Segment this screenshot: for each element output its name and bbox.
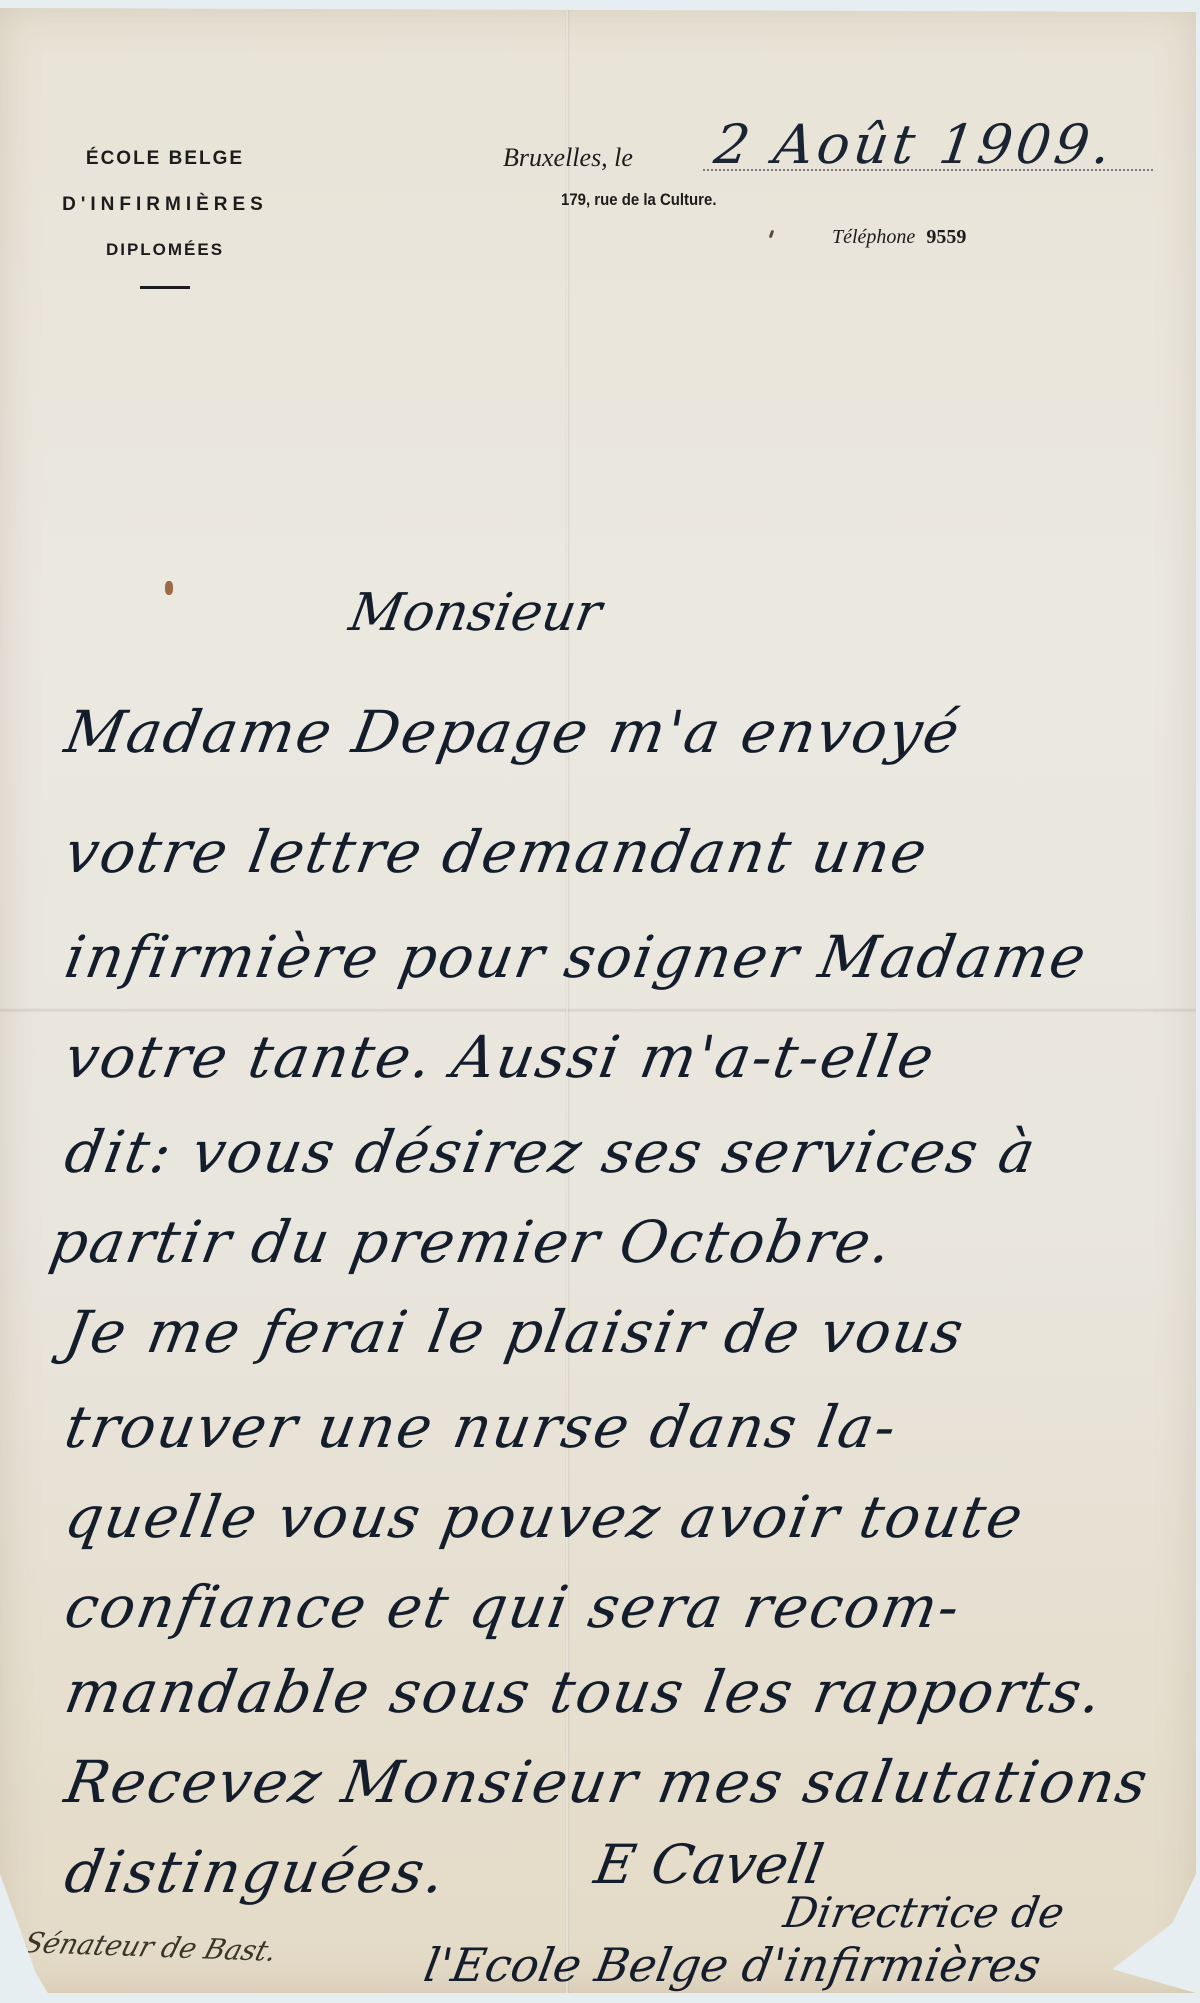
body-line: distinguées. xyxy=(60,1838,452,1906)
body-line: votre lettre demandant une xyxy=(60,818,934,886)
place-date-line: Bruxelles, le 2 Août 1909. xyxy=(503,113,1163,173)
body-line: Madame Depage m'a envoyé xyxy=(60,698,966,766)
handwritten-date: 2 Août 1909. xyxy=(711,113,1119,176)
body-line: Je me ferai le plaisir de vous xyxy=(60,1298,970,1366)
margin-annotation: Sénateur de Bast. xyxy=(20,1926,281,1968)
body-line: votre tante. Aussi m'a-t-elle xyxy=(60,1023,941,1091)
signature: E Cavell xyxy=(590,1833,828,1896)
institution-line-2: D'INFIRMIÈRES xyxy=(0,194,330,216)
signer-title-line-1: Directrice de xyxy=(780,1888,1068,1937)
letterhead-rule xyxy=(140,286,190,289)
letterhead-institution: ÉCOLE BELGE D'INFIRMIÈRES DIPLOMÉES xyxy=(0,148,330,289)
signer-title-line-2: l'Ecole Belge d'infirmières xyxy=(420,1938,1045,1992)
body-line: mandable sous tous les rapports. xyxy=(60,1658,1109,1726)
phone-number: 9559 xyxy=(926,226,966,248)
institution-line-1: ÉCOLE BELGE xyxy=(0,148,330,170)
rust-stain xyxy=(165,581,173,595)
ink-speck xyxy=(769,230,775,239)
body-line: partir du premier Octobre. xyxy=(45,1208,898,1276)
phone-label: Téléphone xyxy=(832,226,915,248)
body-line: infirmière pour soigner Madame xyxy=(60,923,1093,991)
body-line: trouver une nurse dans la- xyxy=(60,1393,903,1461)
letter-sheet: ÉCOLE BELGE D'INFIRMIÈRES DIPLOMÉES Brux… xyxy=(0,8,1196,1993)
letterhead-phone: Téléphone 9559 xyxy=(832,226,966,249)
body-line: confiance et qui sera recom- xyxy=(60,1573,966,1641)
institution-line-3: DIPLOMÉES xyxy=(0,240,330,260)
salutation: Monsieur xyxy=(345,583,606,643)
body-line: quelle vous pouvez avoir toute xyxy=(60,1483,1030,1551)
body-line: dit: vous désirez ses services à xyxy=(60,1118,1042,1186)
body-line: Recevez Monsieur mes salutations xyxy=(60,1748,1154,1816)
place-label: Bruxelles, le xyxy=(503,143,633,173)
letterhead-address: 179, rue de la Culture. xyxy=(561,190,716,210)
